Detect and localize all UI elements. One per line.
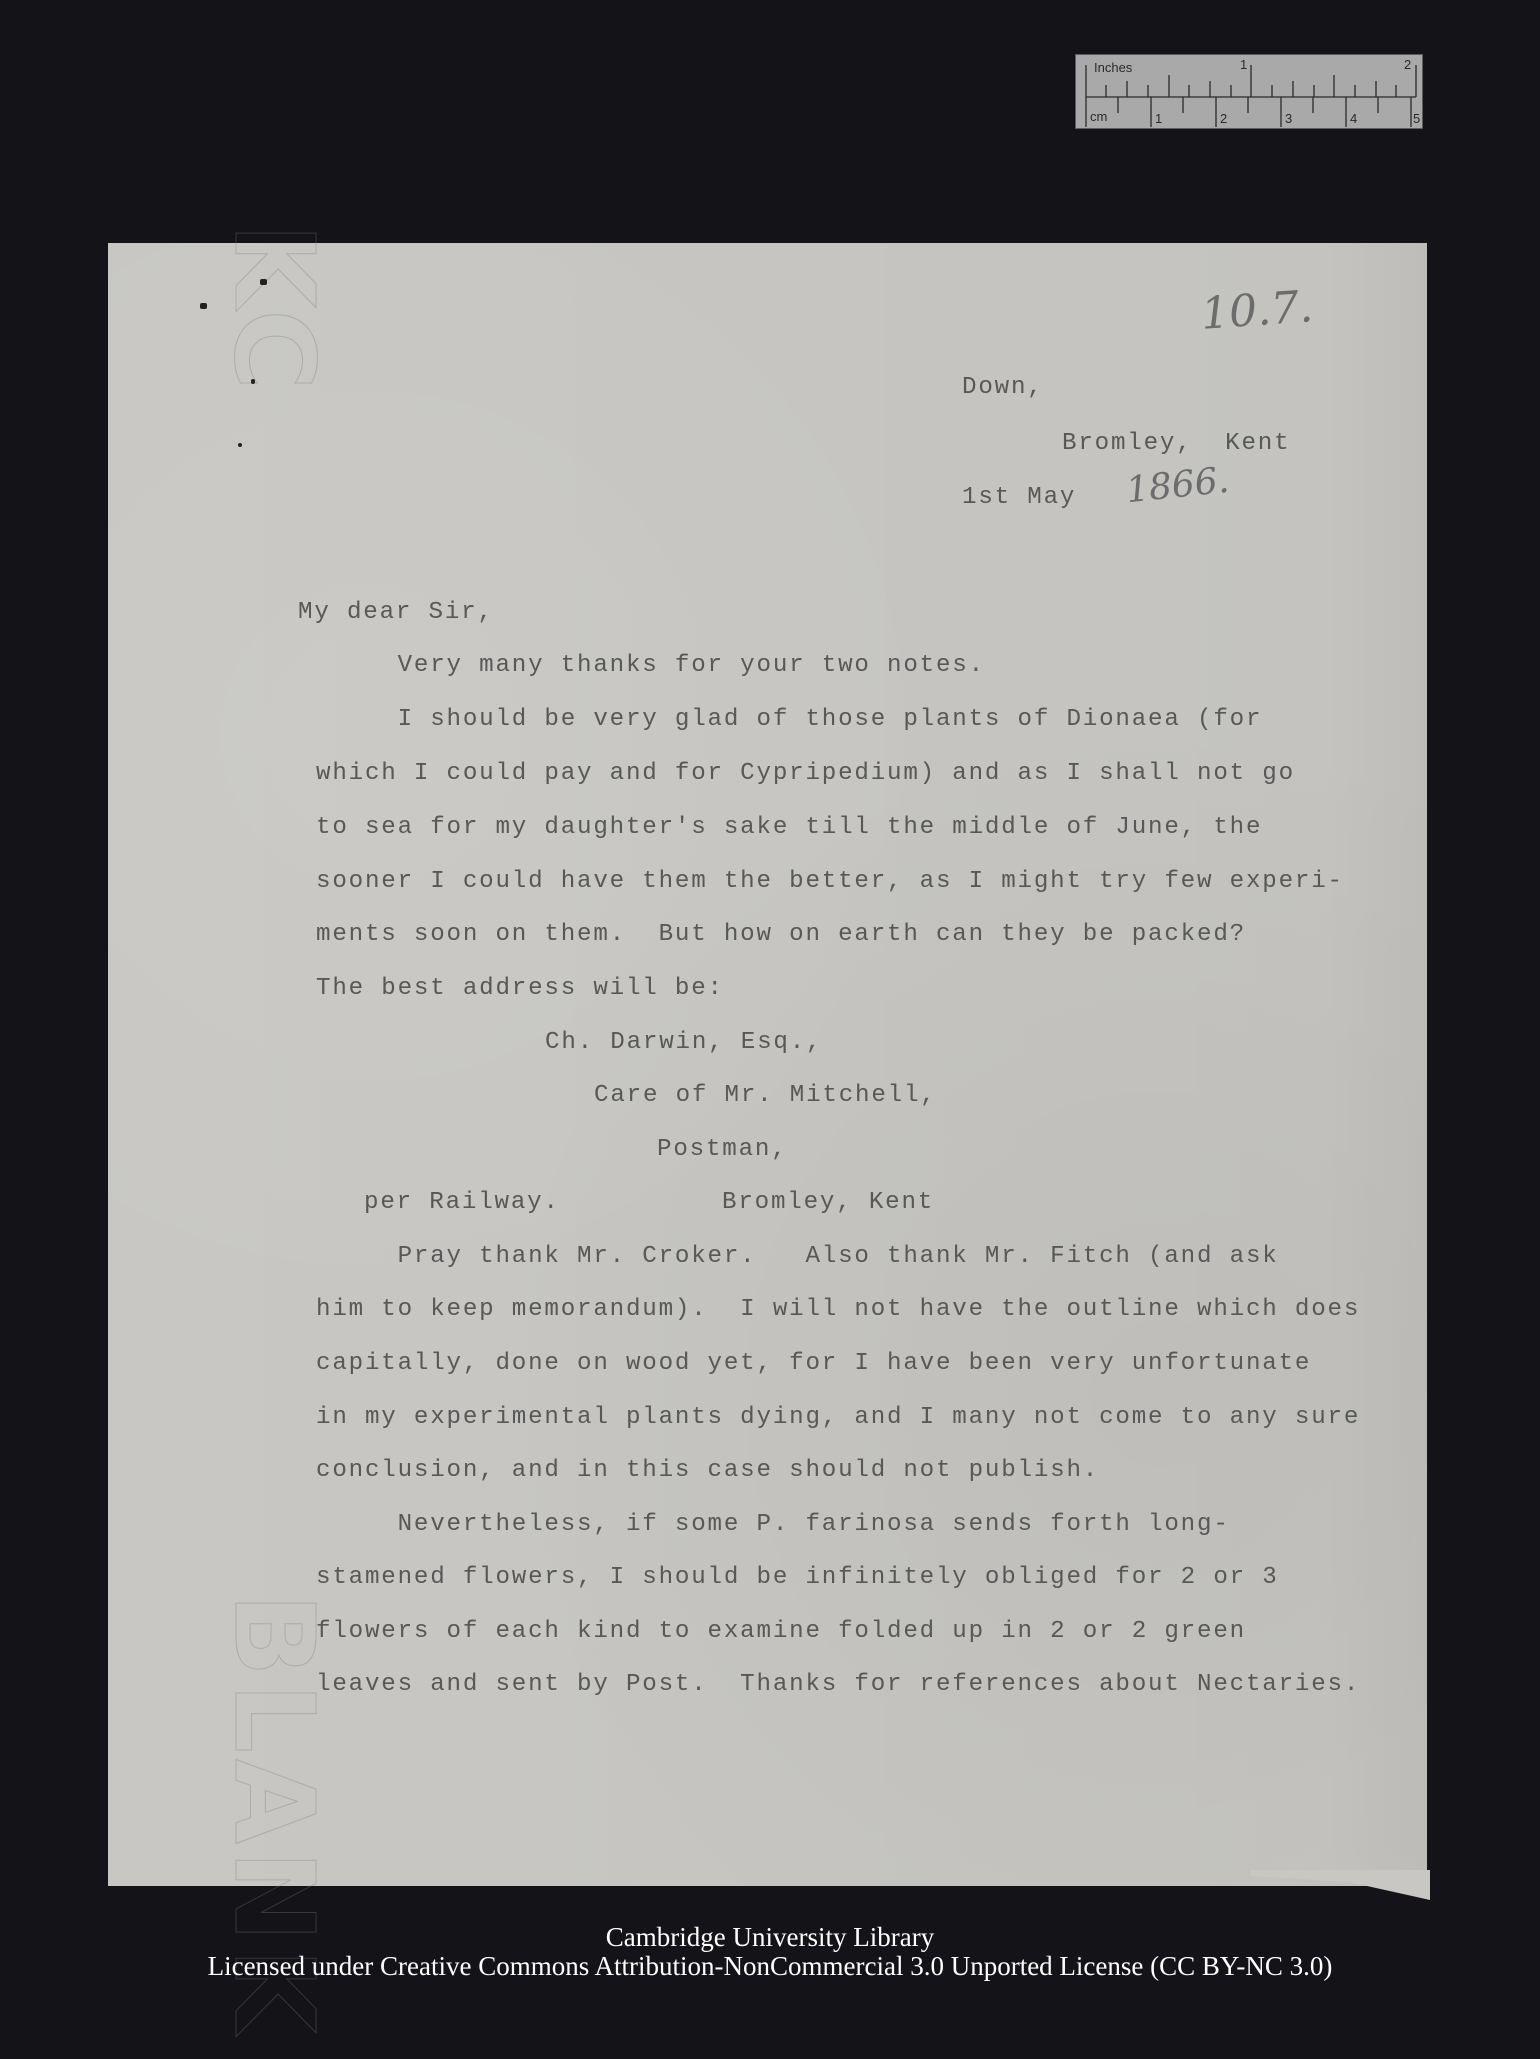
- address-line-2: Bromley, Kent: [1062, 429, 1290, 459]
- body-line: leaves and sent by Post. Thanks for refe…: [316, 1670, 1360, 1700]
- body-line: in my experimental plants dying, and I m…: [316, 1403, 1360, 1433]
- body-line: stamened flowers, I should be infinitely…: [316, 1563, 1279, 1593]
- body-line: Very many thanks for your two notes.: [316, 651, 985, 681]
- mailing-address-line-1: Ch. Darwin, Esq.,: [545, 1028, 822, 1058]
- footer-institution: Cambridge University Library: [0, 1922, 1540, 1952]
- ruler-cm-label: cm: [1090, 109, 1107, 124]
- address-line-1: Down,: [962, 373, 1044, 403]
- letter-page: KC BLANK 10.7. Down, Bromley, Kent 1st M…: [108, 243, 1427, 1886]
- body-line: I should be very glad of those plants of…: [316, 705, 1262, 735]
- ruler-cm-tick-5: 5: [1413, 111, 1420, 126]
- ruler-cm-tick-3: 3: [1285, 111, 1292, 126]
- mailing-address-line-4-left: per Railway.: [364, 1188, 560, 1218]
- pin-hole-mark: [251, 379, 255, 384]
- body-line: Pray thank Mr. Croker. Also thank Mr. Fi…: [316, 1242, 1279, 1272]
- pin-hole-mark: [200, 303, 207, 309]
- ruler-cm-tick-2: 2: [1220, 111, 1227, 126]
- body-line: ments soon on them. But how on earth can…: [316, 920, 1246, 950]
- footer-license: Licensed under Creative Commons Attribut…: [0, 1951, 1540, 1981]
- body-line: The best address will be:: [316, 974, 724, 1004]
- mailing-address-line-3: Postman,: [657, 1135, 788, 1165]
- ruler-cm-tick-4: 4: [1350, 111, 1357, 126]
- pin-hole-mark: [238, 443, 242, 447]
- paper-watermark-top: KC: [210, 223, 338, 396]
- ruler-inch-tick-2: 2: [1404, 57, 1411, 72]
- body-line: Nevertheless, if some P. farinosa sends …: [316, 1510, 1230, 1540]
- mailing-address-line-2: Care of Mr. Mitchell,: [594, 1081, 937, 1111]
- handwritten-year: 1866.: [1124, 460, 1231, 512]
- ruler-cm-tick-1: 1: [1155, 111, 1162, 126]
- body-line: capitally, done on wood yet, for I have …: [316, 1349, 1311, 1379]
- body-line: sooner I could have them the better, as …: [316, 867, 1344, 897]
- ruler-inch-tick-1: 1: [1240, 57, 1247, 72]
- pin-hole-mark: [260, 279, 267, 285]
- ruler-inches-label: Inches: [1094, 60, 1132, 75]
- body-line: flowers of each kind to examine folded u…: [316, 1617, 1246, 1647]
- body-line: which I could pay and for Cypripedium) a…: [316, 759, 1295, 789]
- mailing-address-line-4-right: Bromley, Kent: [722, 1188, 934, 1218]
- body-line: to sea for my daughter's sake till the m…: [316, 813, 1262, 843]
- salutation: My dear Sir,: [298, 598, 494, 628]
- body-line: conclusion, and in this case should not …: [316, 1456, 1099, 1486]
- measurement-ruler: Inches 1 2 cm 1 2 3 4 5: [1075, 54, 1423, 129]
- body-line: him to keep memorandum). I will not have…: [316, 1295, 1360, 1325]
- date-typed: 1st May: [962, 483, 1076, 513]
- handwritten-archive-number: 10.7.: [1199, 281, 1314, 340]
